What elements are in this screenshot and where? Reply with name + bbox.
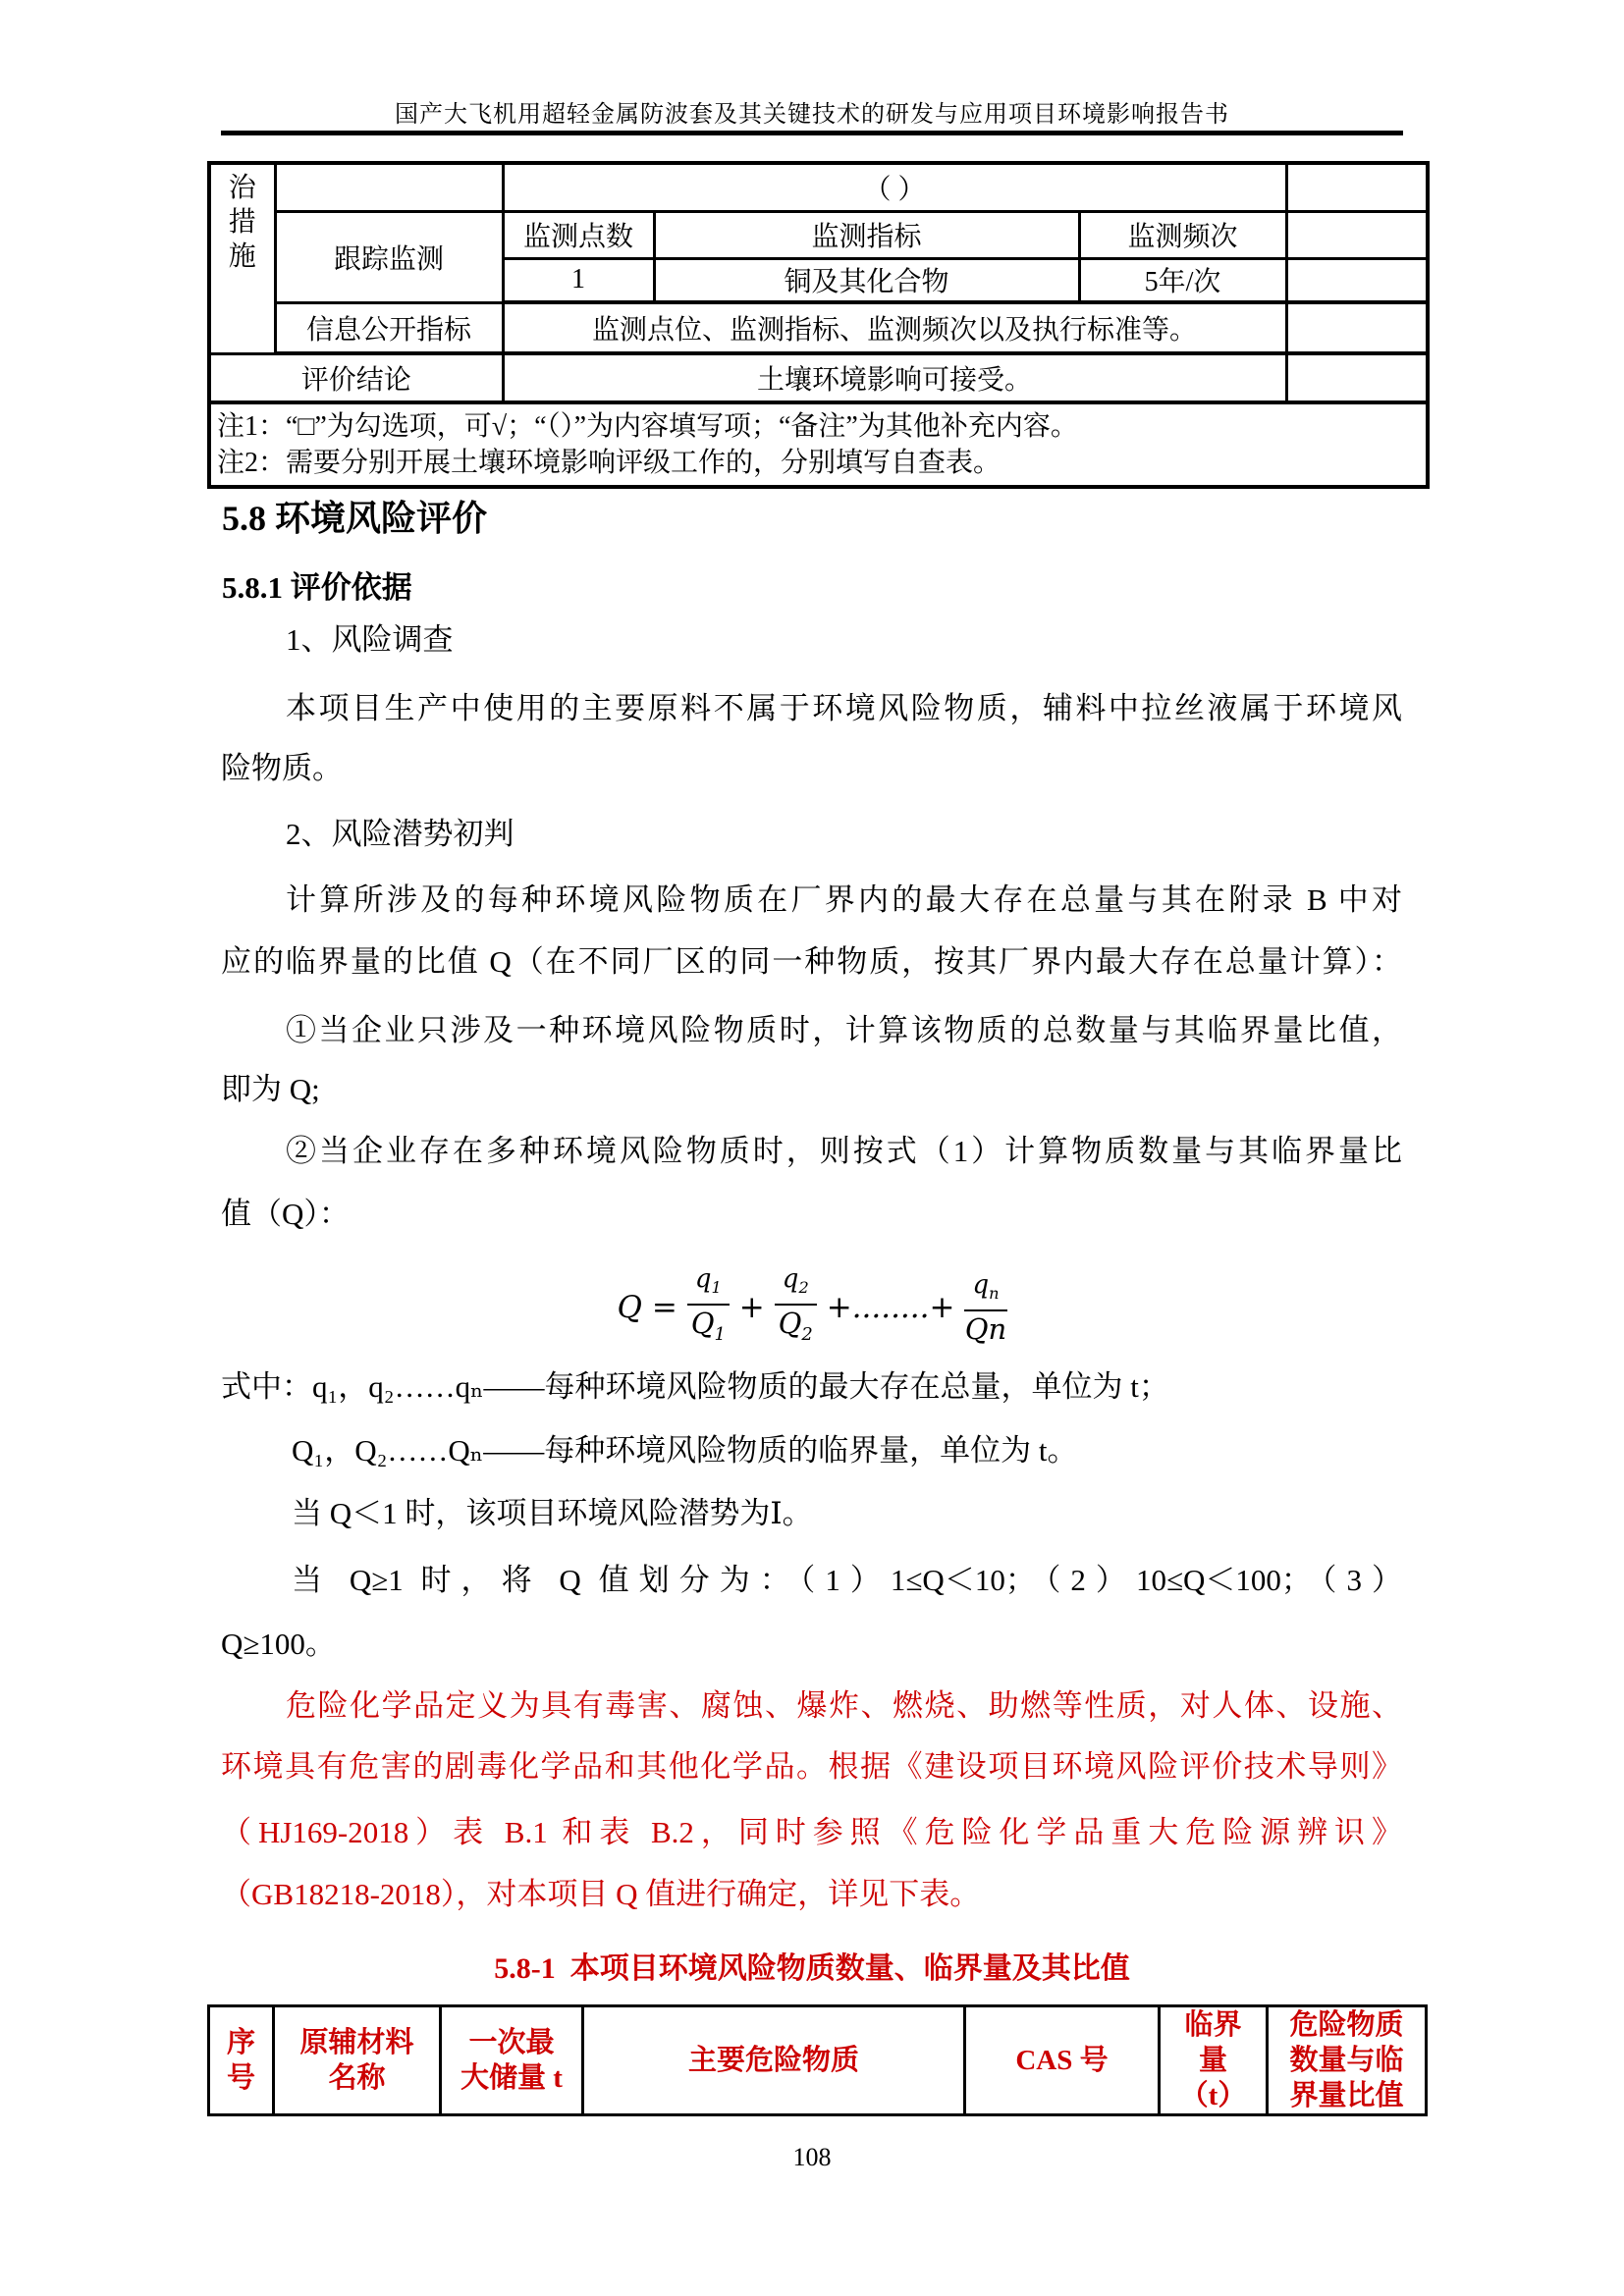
body-line: 当 Q≥1 时，将 Q 值划分为：（1）1≤Q＜10；（2）10≤Q＜100；（… [292,1564,1402,1597]
risk-substances-table: 序 号 原辅材料 名称 一次最 大储量 t 主要危险物质 CAS 号 临界 量 … [207,2004,1428,2116]
body-line: 即为 Q; [221,1073,320,1106]
body-line: （GB18218-2018），对本项目 Q 值进行确定，详见下表。 [221,1878,980,1911]
conclusion-label: 评价结论 [209,353,503,402]
body-line: 计算所涉及的每种环境风险物质在厂界内的最大存在总量与其在附录 B 中对 [286,883,1402,917]
body-line: 本项目生产中使用的主要原料不属于环境风险物质，辅料中拉丝液属于环境风 [286,692,1402,725]
measures-vertical-label: 治 措 施 [209,163,275,353]
body-line: 环境具有危害的剧毒化学品和其他化学品。根据《建设项目环境风险评价技术导则》 [221,1750,1402,1784]
info-public-label: 信息公开指标 [275,302,503,353]
body-line: 式中：q₁，q₂……qₙ——每种环境风险物质的最大存在总量，单位为 t； [221,1370,1169,1404]
body-line: Q≥100。 [221,1628,336,1661]
formula-ellipsis-plus: +........+ [827,1290,955,1325]
formula-plus: + [739,1290,765,1325]
subsection-heading-5-8-1: 5.8.1 评价依据 [222,562,412,607]
monitor-index-header: 监测指标 [654,211,1079,258]
table-notes: 注1：“□”为勾选项，可√；“（）”为内容填写项；“备注”为其他补充内容。 注2… [209,402,1428,487]
fraction-term: q1Q1 [687,1264,730,1351]
col-header-material-name: 原辅材料 名称 [274,2006,441,2115]
monitor-points-value: 1 [503,258,654,302]
col-header-ratio: 危险物质 数量与临 界量比值 [1268,2006,1427,2115]
section-heading-5-8: 5.8 环境风险评价 [222,491,487,541]
body-line: 当 Q＜1 时，该项目环境风险潜势为Ⅰ。 [292,1497,813,1530]
formula-lhs: Q [617,1290,641,1325]
soil-selfcheck-table: 治 措 施 （ ） 跟踪监测 监测点数 监测指标 监测频次 1 铜及其化合物 5… [207,161,1430,489]
fraction-term: q2Q2 [775,1264,817,1351]
monitor-index-value: 铜及其化合物 [654,258,1079,302]
col-header-threshold: 临界 量 （t） [1160,2006,1268,2115]
info-public-value: 监测点位、监测指标、监测频次以及执行标准等。 [503,302,1286,353]
fill-in-parentheses-cell: （ ） [503,163,1286,211]
page-header-title: 国产大飞机用超轻金属防波套及其关键技术的研发与应用项目环境影响报告书 [0,94,1624,129]
col-header-hazard-substance: 主要危险物质 [583,2006,965,2115]
body-line: 危险化学品定义为具有毒害、腐蚀、爆炸、燃烧、助燃等性质，对人体、设施、 [286,1689,1402,1723]
remark-cell [1286,353,1428,402]
risk-table-caption: 5.8-1 本项目环境风险物质数量、临界量及其比值 [0,1944,1624,1987]
body-line: 险物质。 [221,752,343,785]
monitor-frequency-value: 5年/次 [1079,258,1286,302]
page-number: 108 [0,2143,1624,2172]
tracking-monitor-label: 跟踪监测 [275,211,503,302]
col-header-max-storage: 一次最 大储量 t [441,2006,583,2115]
remark-cell [1286,211,1428,258]
remark-cell [1286,258,1428,302]
remark-cell [1286,302,1428,353]
body-line: ①当企业只涉及一种环境风险物质时，计算该物质的总数量与其临界量比值， [286,1014,1402,1047]
body-line: Q₁，Q₂……Qₙ——每种环境风险物质的临界量，单位为 t。 [292,1434,1078,1468]
body-line: 应的临界量的比值 Q（在不同厂区的同一种物质，按其厂界内最大存在总量计算）： [221,945,1402,979]
body-line: ②当企业存在多种环境风险物质时，则按式（1）计算物质数量与其临界量比 [286,1135,1402,1168]
fraction-term: qnQn [964,1270,1006,1345]
document-page: 国产大飞机用超轻金属防波套及其关键技术的研发与应用项目环境影响报告书 治 措 施… [0,0,1624,2296]
body-line: 1、风险调查 [286,623,454,657]
body-line: 值（Q）： [221,1198,350,1231]
header-rule [221,131,1403,135]
empty-cell [275,163,503,211]
q-ratio-formula: Q=q1Q1+q2Q2+........+qnQn [0,1268,1624,1347]
monitor-frequency-header: 监测频次 [1079,211,1286,258]
body-line: 2、风险潜势初判 [286,818,514,851]
remark-cell [1286,163,1428,211]
conclusion-value: 土壤环境影响可接受。 [503,353,1286,402]
formula-equals: = [652,1290,677,1325]
body-line: （HJ169-2018）表 B.1 和表 B.2，同时参照《危险化学品重大危险源… [221,1816,1402,1849]
col-header-cas: CAS 号 [965,2006,1160,2115]
col-header-index: 序 号 [209,2006,274,2115]
monitor-points-header: 监测点数 [503,211,654,258]
